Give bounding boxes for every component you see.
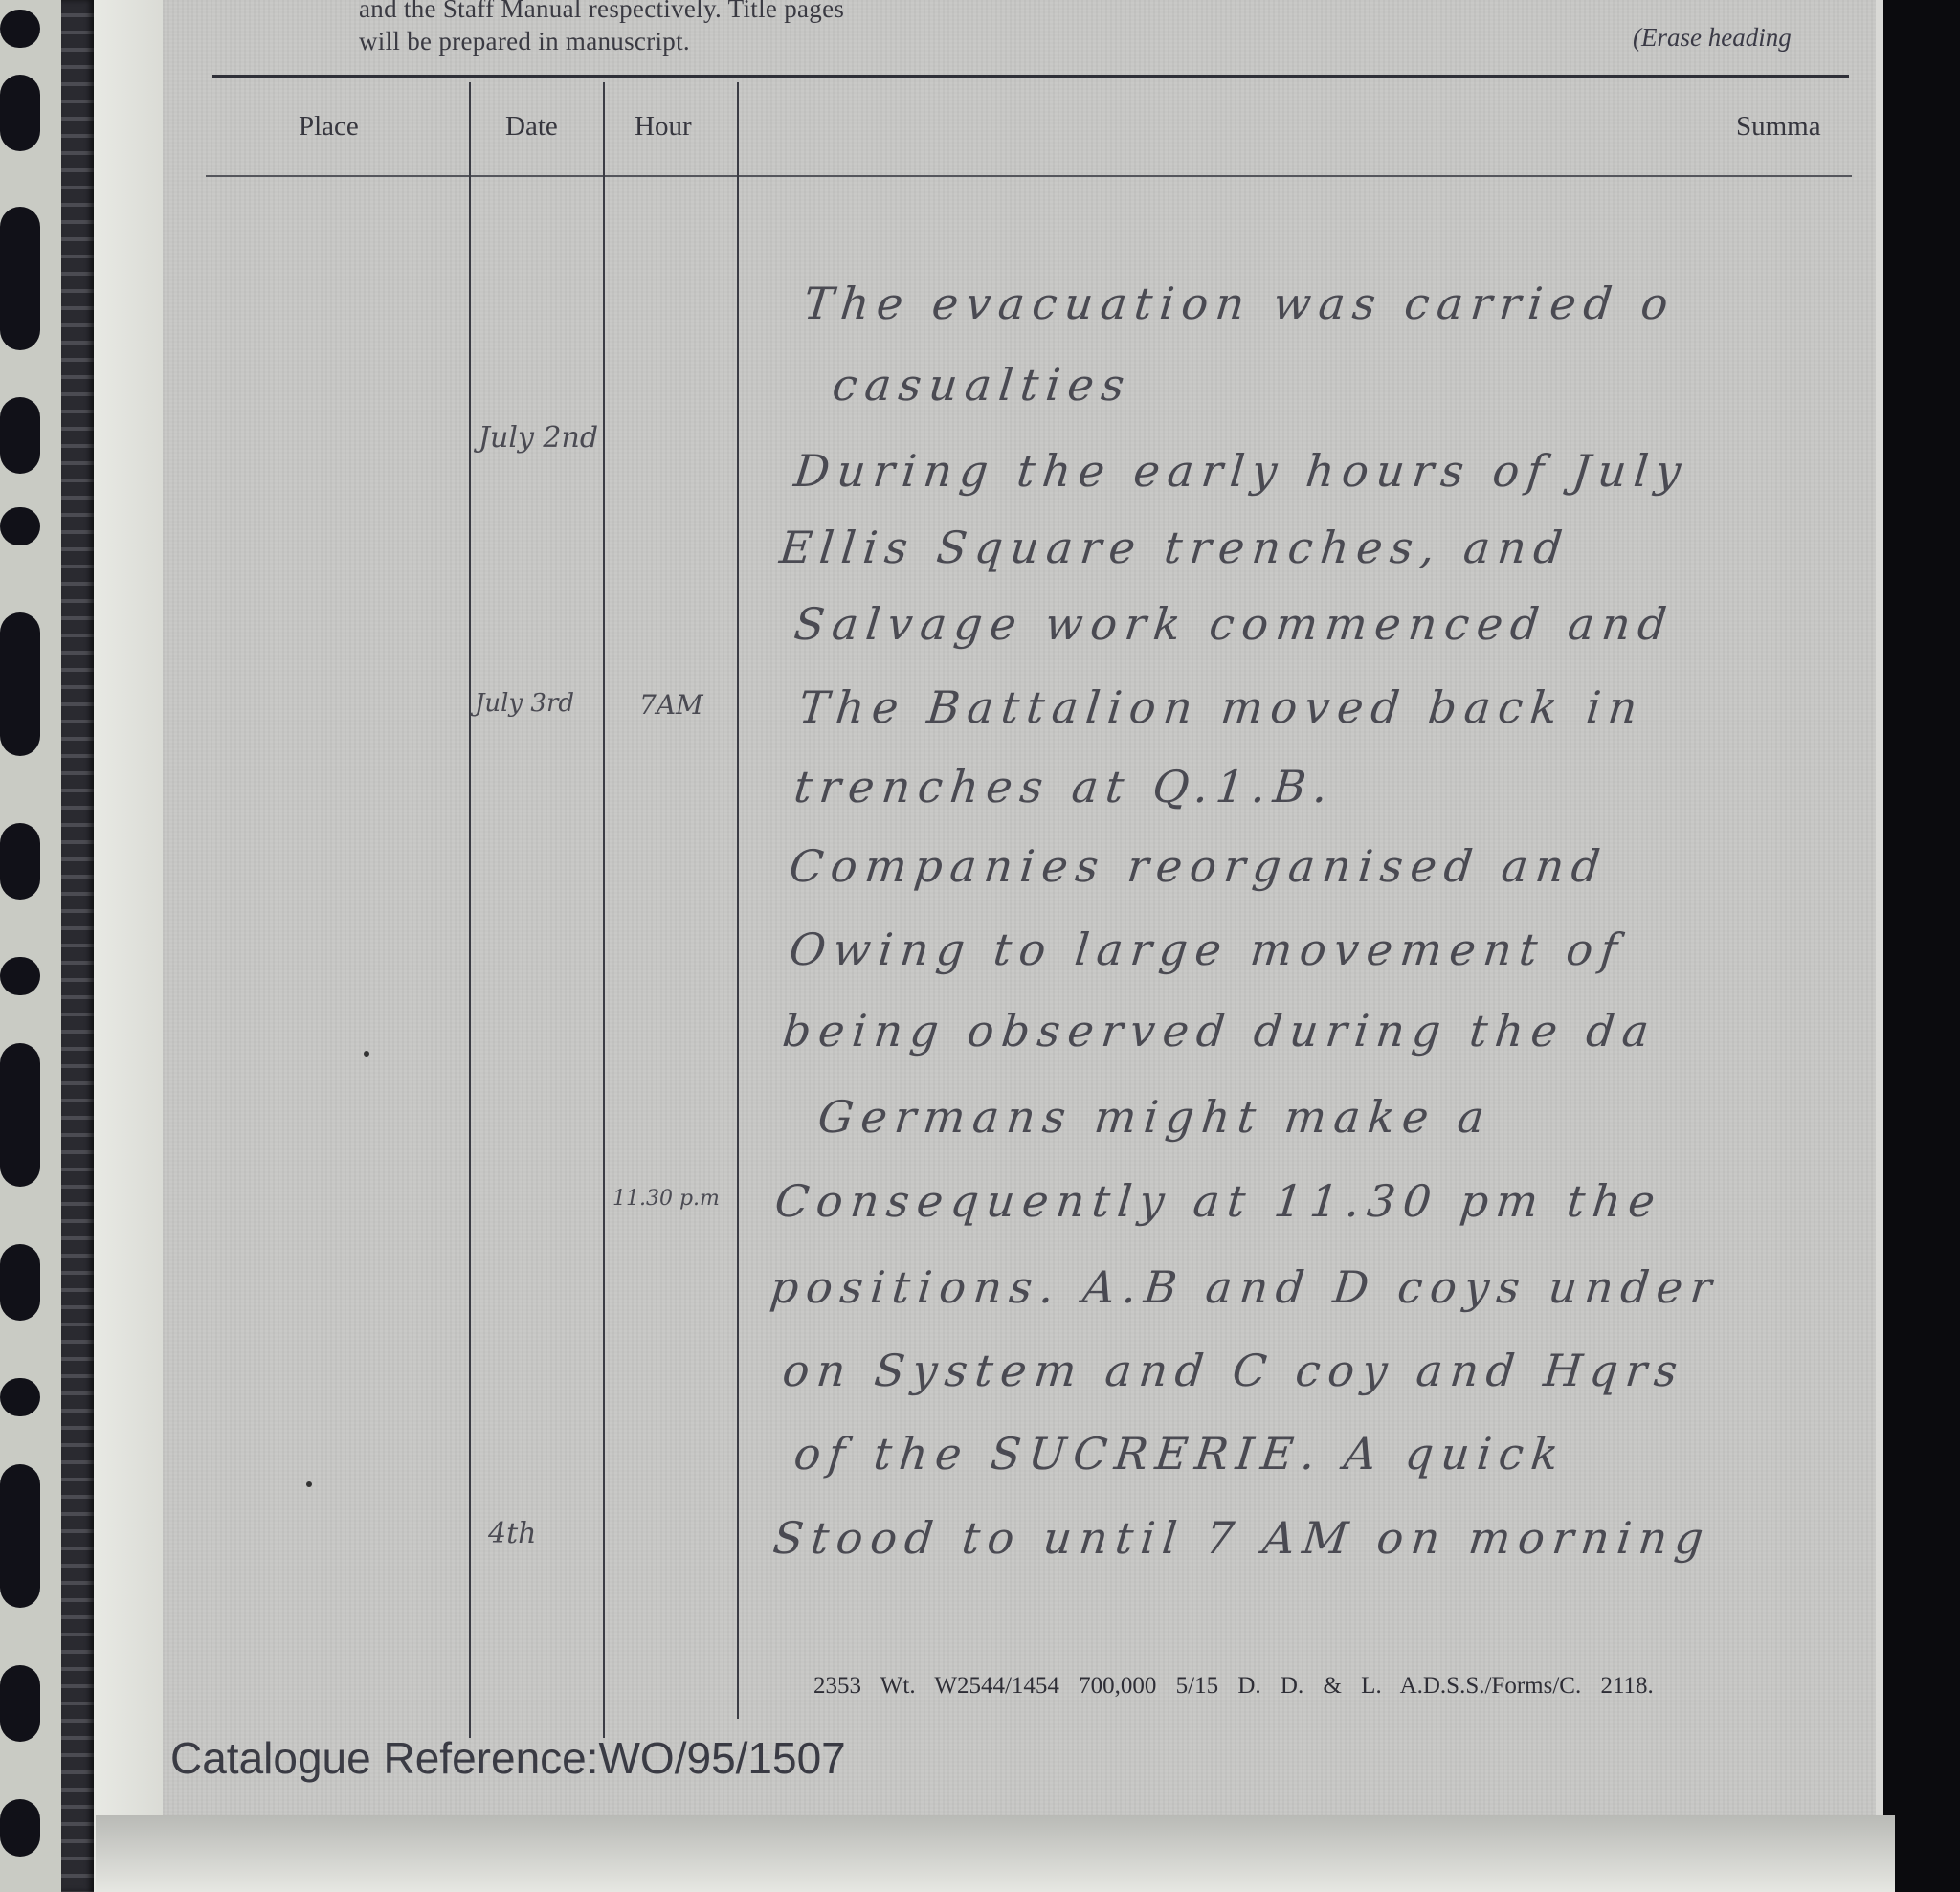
- column-divider: [603, 82, 605, 1738]
- ink-mark: [306, 1481, 312, 1487]
- diary-line: Ellis Square trenches, and: [777, 522, 1572, 573]
- erase-heading-note: (Erase heading: [1633, 23, 1792, 53]
- binder-hole: [0, 1464, 40, 1608]
- entry-date: July 3rd: [475, 689, 574, 718]
- column-header-rule: [206, 175, 1852, 177]
- instruction-line: will be prepared in manuscript.: [359, 25, 844, 57]
- catalogue-reference: Catalogue Reference:WO/95/1507: [170, 1732, 846, 1784]
- diary-line: casualties: [830, 359, 1134, 411]
- instruction-line: and the Staff Manual respectively. Title…: [359, 0, 844, 25]
- diary-line: Companies reorganised and: [787, 840, 1610, 892]
- binder-hole: [0, 823, 40, 900]
- column-header-place: Place: [299, 111, 359, 143]
- binder-hole: [0, 957, 40, 995]
- diary-line: Salvage work commenced and: [791, 598, 1677, 650]
- diary-line: During the early hours of July: [791, 445, 1691, 497]
- column-header-date: Date: [505, 111, 558, 143]
- entry-hour: 7AM: [639, 689, 703, 721]
- binder-hole: [0, 1244, 40, 1321]
- form-instructions: and the Staff Manual respectively. Title…: [359, 0, 844, 57]
- diary-line: positions. A.B and D coys under: [768, 1261, 1722, 1313]
- column-divider: [737, 82, 739, 1719]
- dark-background-edge: [1883, 0, 1960, 1892]
- diary-line: Germans might make a: [815, 1091, 1494, 1143]
- binder-hole: [0, 207, 40, 350]
- binder-hole: [0, 397, 40, 474]
- column-divider: [469, 82, 471, 1738]
- binder-hole: [0, 1378, 40, 1416]
- diary-line: Consequently at 11.30 pm the: [772, 1175, 1665, 1227]
- diary-line: being observed during the da: [780, 1005, 1659, 1057]
- ink-mark: [364, 1051, 369, 1057]
- binder-hole: [0, 1799, 40, 1857]
- binder-spine: [61, 0, 94, 1892]
- diary-line: Owing to large movement of: [787, 924, 1627, 975]
- header-rule: [212, 75, 1849, 78]
- binder-hole: [0, 75, 40, 151]
- diary-line: on System and C coy and Hqrs: [780, 1345, 1687, 1396]
- binder-strip: [0, 0, 96, 1892]
- binder-hole: [0, 507, 40, 545]
- entry-date: July 2nd: [479, 421, 598, 455]
- column-header-hour: Hour: [635, 111, 692, 143]
- binder-hole: [0, 612, 40, 756]
- diary-line: of the SUCRERIE. A quick: [791, 1428, 1569, 1480]
- column-header-summary: Summa: [1736, 111, 1821, 143]
- binder-hole: [0, 1665, 40, 1742]
- binder-hole: [0, 10, 40, 48]
- diary-line: trenches at Q.1.B.: [791, 761, 1338, 812]
- form-imprint: 2353 Wt. W2544/1454 700,000 5/15 D. D. &…: [813, 1673, 1654, 1700]
- entry-hour: 11.30 p.m: [612, 1187, 720, 1211]
- binder-hole: [0, 1043, 40, 1187]
- sleeve-bottom-edge: [96, 1815, 1895, 1892]
- diary-line: Stood to until 7 AM on morning: [770, 1512, 1713, 1564]
- diary-line: The Battalion moved back in: [796, 681, 1647, 733]
- entry-date: 4th: [488, 1517, 536, 1550]
- diary-line: The evacuation was carried o: [801, 278, 1678, 329]
